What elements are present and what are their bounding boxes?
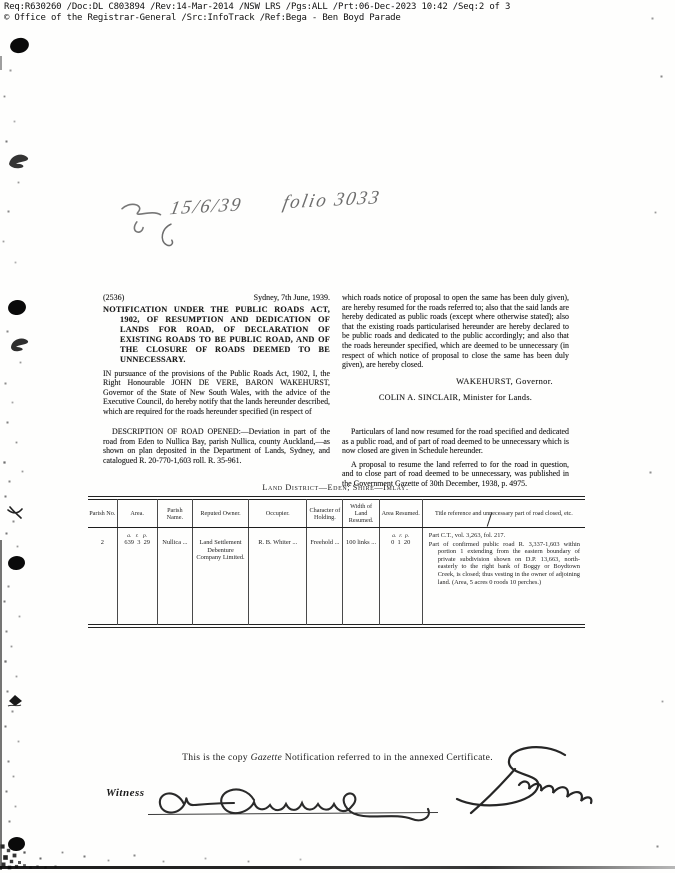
schedule-table-wrapper: Parish No. Area. Parish Name. Reputed Ow…	[88, 496, 585, 628]
notification-left-column: (2536) Sydney, 7th June, 1939. NOTIFICAT…	[103, 293, 330, 421]
title-reference-line: Part C.T., vol. 3,263, fol. 217.	[429, 532, 580, 540]
col-header-title-reference: Title reference and unnecessary part of …	[422, 500, 585, 528]
col-header-width-resumed: Width of Land Resumed.	[343, 500, 379, 528]
scan-metadata-header: Req:R630260 /Doc:DL C803894 /Rev:14-Mar-…	[4, 2, 673, 24]
cell-parish-no: 2	[88, 528, 117, 625]
area-resumed-value: 0 1 20	[382, 539, 420, 547]
scan-noise-speckles	[0, 0, 1, 1]
governor-signoff: WAKEHURST, Governor.	[342, 377, 569, 387]
cell-parish-name: Nullica ...	[157, 528, 192, 625]
width-resumed-value: 100 links ...	[345, 539, 376, 547]
handwritten-annotation: 15/6/39 folio 3033	[118, 183, 459, 223]
pen-scribble-mark	[7, 150, 31, 175]
schedule-data-row: 2 a. r. p. 639 3 29 Nullica ... Land Set…	[88, 528, 585, 625]
title-detail-paragraph: Part of confirmed public road R. 3,337-1…	[429, 541, 580, 587]
col-header-parish-no: Parish No.	[88, 500, 117, 528]
reference-dateline: (2536) Sydney, 7th June, 1939.	[103, 293, 330, 303]
scan-edge-artifact	[0, 540, 2, 870]
col-header-area: Area.	[117, 500, 157, 528]
col-header-area-resumed: Area Resumed.	[379, 500, 422, 528]
cell-title-reference: Part C.T., vol. 3,263, fol. 217. Part of…	[422, 528, 585, 625]
binder-hole-mark	[7, 555, 26, 571]
cell-holding: Freehold ...	[307, 528, 343, 625]
notification-title: NOTIFICATION UNDER THE PUBLIC ROADS ACT,…	[103, 305, 330, 365]
col-header-reputed-owner: Reputed Owner.	[192, 500, 248, 528]
notification-body: (2536) Sydney, 7th June, 1939. NOTIFICAT…	[103, 293, 569, 421]
cell-reputed-owner: Land Settlement Debenture Company Limite…	[192, 528, 248, 625]
witness-label: Witness	[106, 787, 145, 799]
pen-scribble-mark	[9, 335, 31, 358]
witness-signature	[150, 764, 450, 828]
scan-metadata-line2: © Office of the Registrar-General /Src:I…	[4, 13, 673, 24]
certification-text-before: This is the copy	[182, 752, 251, 763]
road-description: DESCRIPTION OF ROAD OPENED:—Deviation in…	[103, 427, 330, 465]
cell-area: a. r. p. 639 3 29	[117, 528, 157, 625]
area-value: 639 3 29	[120, 539, 155, 547]
notification-paragraph-right: which roads notice of proposal to open t…	[342, 293, 569, 370]
scanned-gazette-page: Req:R630260 /Doc:DL C803894 /Rev:14-Mar-…	[0, 0, 675, 873]
occupier-value: R. B. Whiter ...	[251, 539, 304, 547]
col-header-occupier: Occupier.	[249, 500, 307, 528]
pen-curl-icon	[157, 222, 179, 255]
scan-bottom-edge	[0, 866, 675, 869]
scan-edge-artifact	[0, 56, 2, 70]
certification-gazette-word: Gazette	[251, 752, 282, 763]
binder-hole-mark	[7, 836, 26, 852]
holding-value: Freehold ...	[309, 539, 340, 547]
col-header-parish-name: Parish Name.	[157, 500, 192, 528]
handwritten-date: 15/6/39	[168, 194, 244, 220]
handwritten-folio: folio 3033	[281, 187, 383, 214]
notification-right-column: which roads notice of proposal to open t…	[342, 293, 569, 421]
reputed-owner-value: Land Settlement Debenture Company Limite…	[195, 539, 246, 562]
gazette-dateline: Sydney, 7th June, 1939.	[254, 293, 330, 303]
cell-width-resumed: 100 links ...	[343, 528, 379, 625]
schedule-table: Parish No. Area. Parish Name. Reputed Ow…	[88, 499, 585, 625]
parish-no-value: 2	[90, 539, 115, 547]
col-header-character-of-holding: Character of Holding.	[307, 500, 343, 528]
pen-blob-mark	[7, 693, 25, 714]
particulars-paragraph: Particulars of land now resumed for the …	[342, 427, 569, 456]
notification-paragraph-left: IN pursuance of the provisions of the Pu…	[103, 369, 330, 417]
schedule-header-row: Parish No. Area. Parish Name. Reputed Ow…	[88, 500, 585, 528]
parish-name-value: Nullica ...	[160, 539, 190, 547]
scan-metadata-line1: Req:R630260 /Doc:DL C803894 /Rev:14-Mar-…	[4, 2, 673, 13]
land-district-line: Land District—Eden; Shire—Imlay.	[88, 483, 583, 492]
cell-area-resumed: a. r. p. 0 1 20	[379, 528, 422, 625]
cell-occupier: R. B. Whiter ...	[249, 528, 307, 625]
binder-hole-mark	[8, 36, 30, 55]
pen-x-mark	[6, 506, 24, 525]
gazette-ref-number: (2536)	[103, 293, 124, 303]
binder-hole-mark	[7, 299, 27, 317]
registrar-signature	[423, 741, 598, 821]
scan-corner-noise	[0, 838, 1, 839]
minister-signoff: COLIN A. SINCLAIR, Minister for Lands.	[342, 393, 569, 403]
